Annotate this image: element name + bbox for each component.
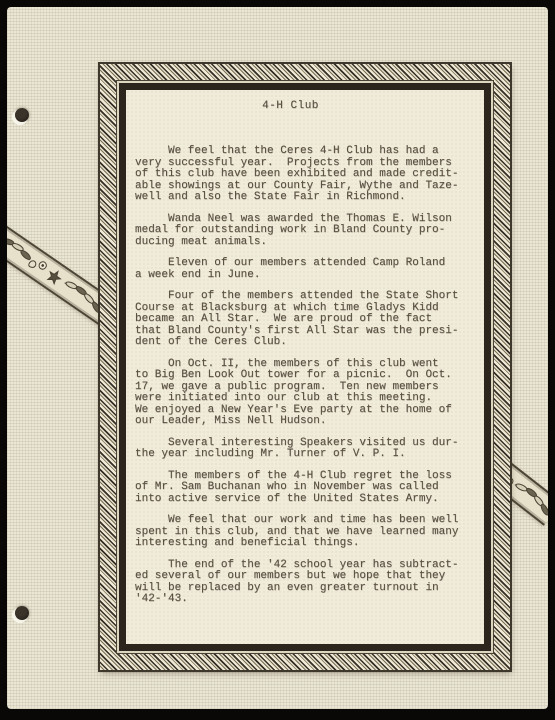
paragraph-1: We feel that the Ceres 4-H Club has had … [135, 146, 460, 204]
punch-hole-bottom [15, 606, 29, 620]
page-title: 4-H Club [135, 100, 446, 112]
paragraph-9: The end of the '42 school year has subtr… [135, 560, 460, 606]
paragraph-8: We feel that our work and time has been … [135, 515, 460, 550]
paragraph-2: Wanda Neel was awarded the Thomas E. Wil… [135, 214, 460, 249]
paragraph-7: The members of the 4-H Club regret the l… [135, 471, 460, 506]
punch-hole-top [15, 108, 29, 122]
paragraph-3: Eleven of our members attended Camp Rola… [135, 258, 460, 281]
paragraph-5: On Oct. II, the members of this club wen… [135, 359, 460, 428]
typewritten-page: 4-H Club We feel that the Ceres 4-H Club… [126, 90, 484, 644]
scrapbook-page: 4-H Club We feel that the Ceres 4-H Club… [7, 7, 548, 709]
ornate-frame: 4-H Club We feel that the Ceres 4-H Club… [100, 64, 510, 670]
paragraph-4: Four of the members attended the State S… [135, 291, 460, 349]
paragraph-6: Several interesting Speakers visited us … [135, 438, 460, 461]
frame-mat: 4-H Club We feel that the Ceres 4-H Club… [117, 81, 493, 653]
frame-inner-dark-band: 4-H Club We feel that the Ceres 4-H Club… [119, 83, 491, 651]
